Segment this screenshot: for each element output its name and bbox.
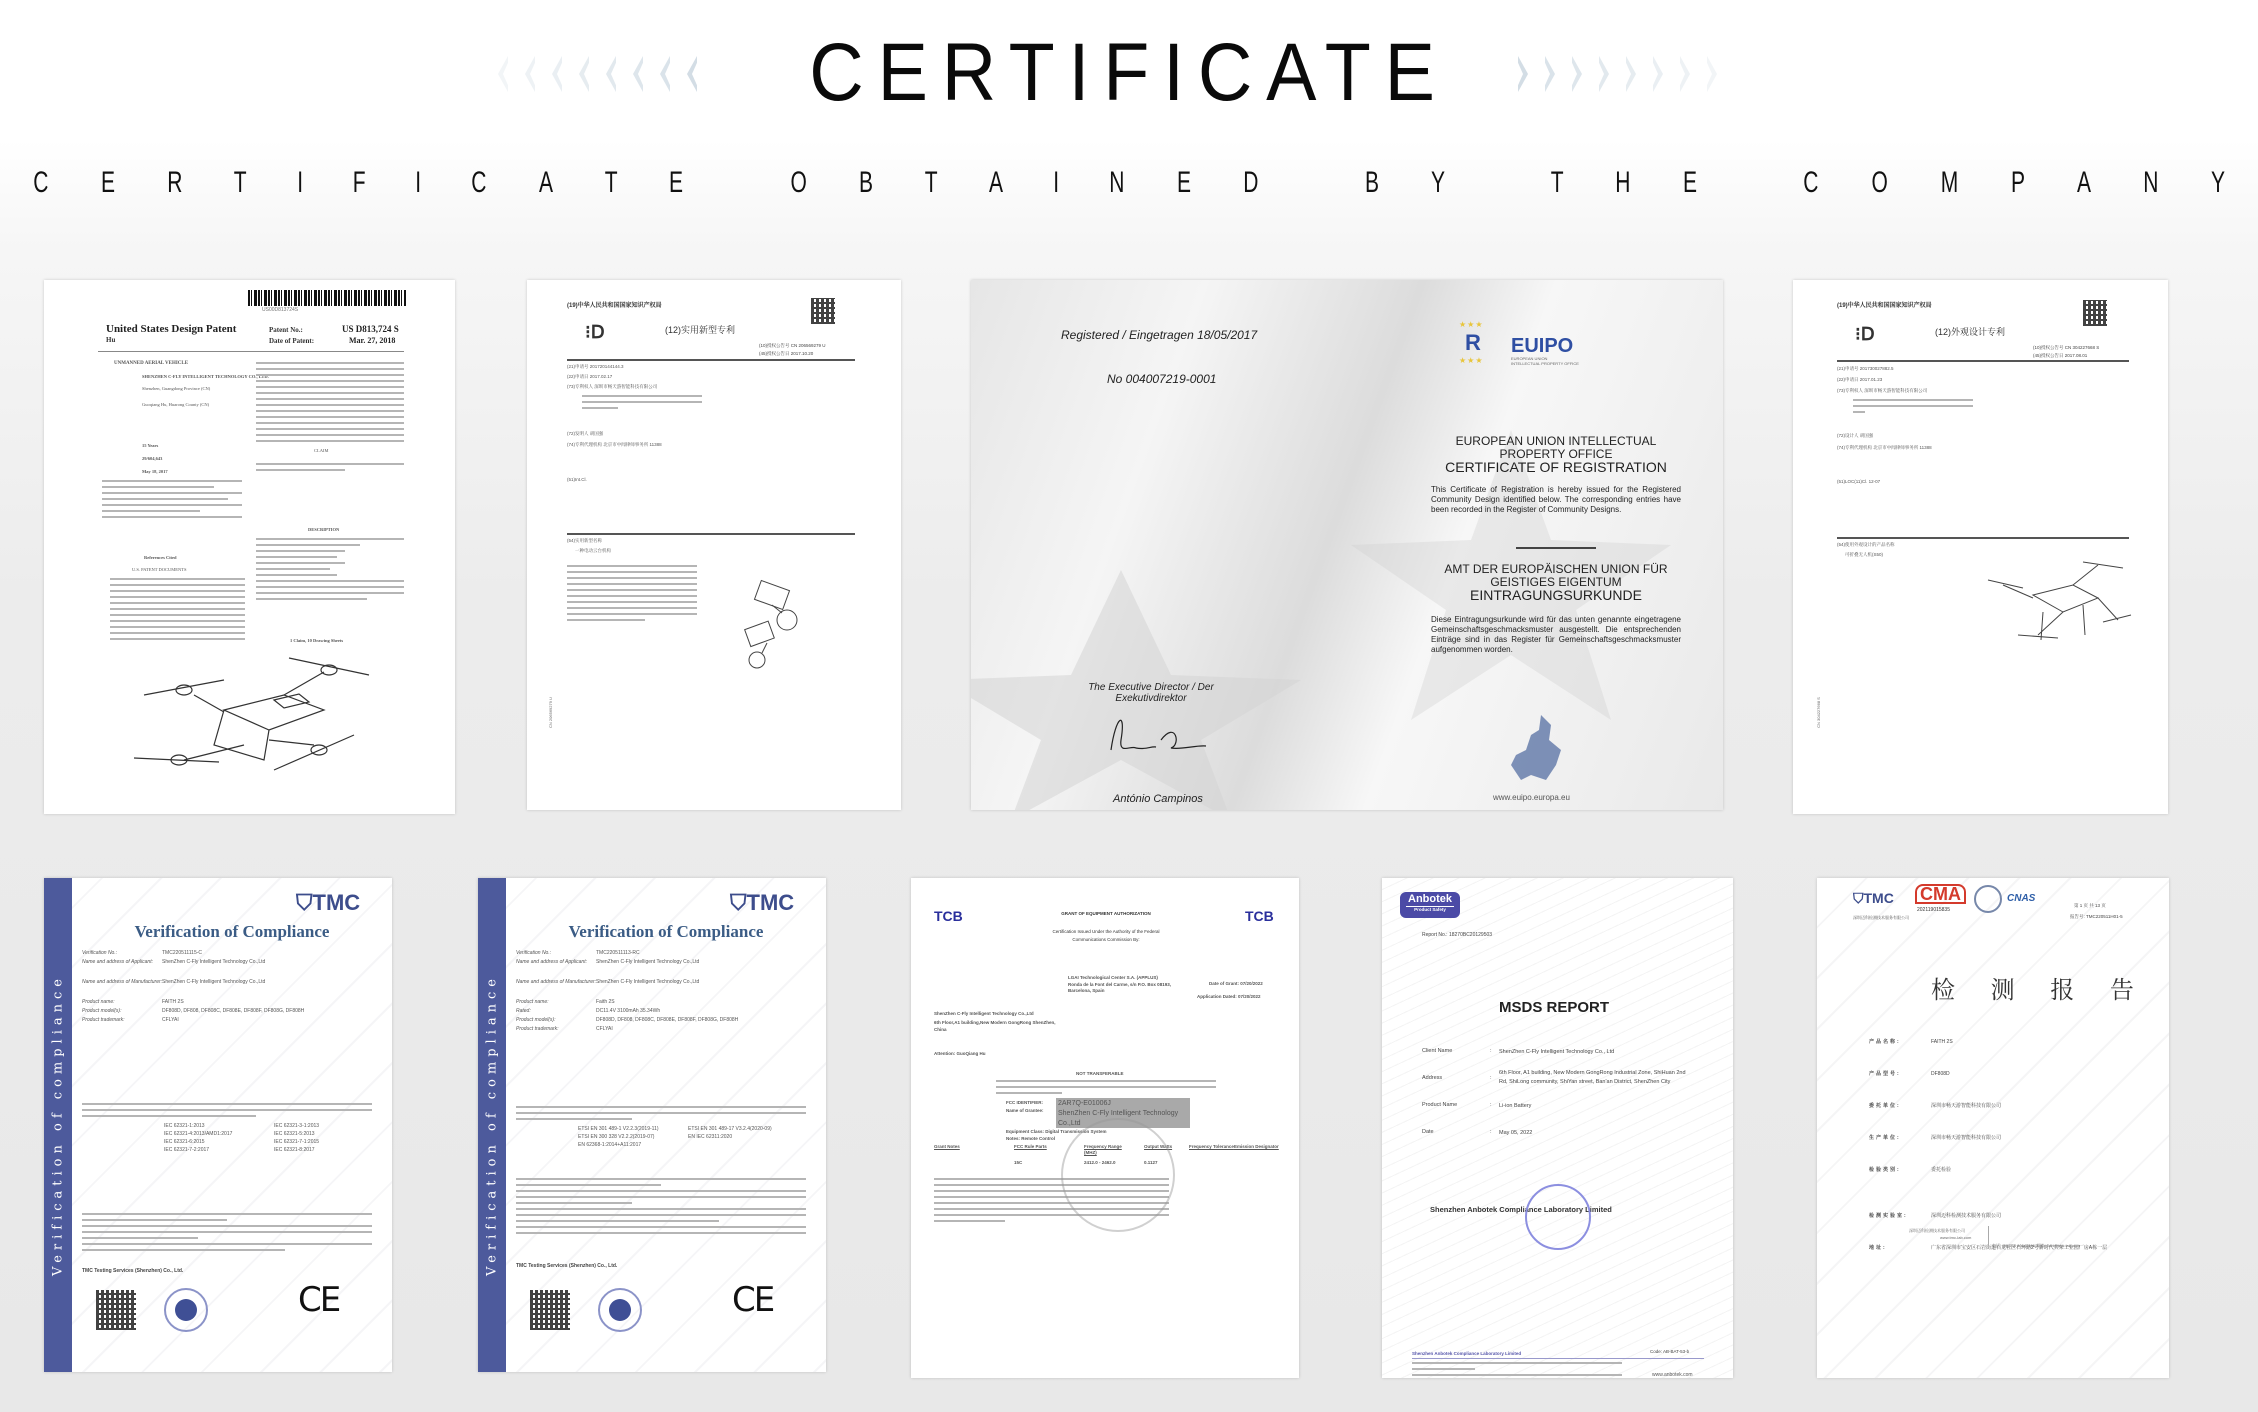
field-value: DF808D, DF808, DF808C, DF808E, DF808F, D… [162, 1008, 382, 1014]
field-label: Product model(s): [82, 1008, 121, 1014]
subtitle-letter: T [1551, 166, 1564, 200]
subtitle-letter: C [472, 166, 487, 200]
patent-no-label: Patent No.: [269, 326, 303, 334]
tcb-logo-left: TCB [934, 908, 963, 924]
design-name: 可折叠无人机(S50) [1845, 552, 1883, 558]
field-value: TMC220511113-RC [596, 950, 816, 956]
issuer: TMC Testing Services (Shenzhen) Co., Ltd… [516, 1263, 617, 1269]
field-value: DC11.4V 3100mAh 35.34Wh [596, 1008, 816, 1014]
patent-appl-no: 29/604,643 [142, 456, 162, 461]
certificate-tmc-verification-rohs[interactable]: Verification of compliance ⛉TMC Verifica… [44, 878, 392, 1372]
field-label: Rated: [516, 1008, 531, 1014]
subtitle-letter: E [1683, 166, 1697, 200]
subtitle-letter [1309, 166, 1315, 200]
us-docs-heading: U.S. PATENT DOCUMENTS [132, 567, 187, 572]
gimbal-drawing-icon [717, 565, 827, 685]
patent-inventor: Hu [106, 336, 115, 344]
subtitle-letter: T [234, 166, 247, 200]
field-label: 检验类别: [1869, 1166, 1901, 1173]
field-label: Name and address of Applicant: [82, 959, 153, 965]
euipo-r-logo-icon: R [1465, 330, 1481, 356]
report-title: MSDS REPORT [1499, 999, 1609, 1016]
standard-item: IEC 62321-3-1:2013 [274, 1123, 319, 1129]
patent-inventor-full: Guoqiang Hu, Huarong County (CN) [142, 402, 209, 407]
ce-mark: CE [732, 1280, 773, 1320]
pub-date: (45)授权公告日 2017.08.01 [2033, 353, 2087, 359]
field-value: FAITH 2S [162, 999, 382, 1005]
grantee-address: 6th Floor,A1 building,New Modern GongRon… [934, 1019, 1064, 1033]
inventor: (72)发明人 胡国强 [567, 431, 603, 437]
application-dated: Application Dated: 07/20/2022 [1197, 994, 1261, 999]
subtitle-letter: Y [2211, 166, 2225, 200]
subtitle-letter: M [1941, 166, 1959, 200]
field-value: 深圳市畅天游智能科技有限公司 [1931, 1134, 2131, 1143]
certificate-title: Verification of Compliance [506, 922, 826, 942]
subtitle-letter: T [605, 166, 618, 200]
subtitle-letter: C [33, 166, 48, 200]
grantee-label: Name of Grantee: [1006, 1108, 1044, 1113]
field-label: 生产单位: [1869, 1134, 1901, 1141]
company-cn: 深圳迈科检测技术服务有限公司 [1853, 915, 1909, 921]
issuer: TMC Testing Services (Shenzhen) Co., Ltd… [82, 1268, 183, 1274]
shield-icon: ⛉ [730, 890, 747, 915]
standard-item: EN IEC 62311:2020 [688, 1134, 732, 1140]
anbotek-logo: Anbotek Product Safety [1400, 892, 1460, 918]
qr-code-icon [530, 1290, 570, 1330]
field-value: ShenZhen C-Fly Intelligent Technology Co… [596, 959, 816, 965]
issuer-address: Ronda de la Font del Carme, s/n P.O. Box… [1068, 982, 1183, 994]
cma-logo: CMA [1915, 884, 1966, 904]
standard-item: IEC 62321-5:2013 [274, 1131, 315, 1137]
patent-type: (12)外观设计专利 [1935, 325, 2005, 338]
field-value: ShenZhen C-Fly Intelligent Technology Co… [1499, 1048, 1694, 1057]
utility-name: 一种电动云台机构 [575, 548, 611, 554]
standard-item: EN 62368-1:2014+A11:2017 [578, 1142, 641, 1148]
ce-mark: CE [298, 1280, 339, 1320]
certificate-us-design-patent[interactable]: US00D813724S United States Design Patent… [44, 280, 455, 814]
tmc-logo: ⛉TMC [730, 890, 794, 916]
app-no: (21)申请号 201720144144.3 [567, 364, 624, 370]
report-title: 检 测 报 告 [1931, 970, 2148, 1005]
standard-item: ETSI EN 301 489-1 V2.2.3(2019-11) [578, 1126, 659, 1132]
standard-item: ETSI EN 300 328 V2.2.2(2019-07) [578, 1134, 654, 1140]
footer-web: www.tmc-lab.com [1940, 1235, 1971, 1240]
subtitle-letter: C [1804, 166, 1819, 200]
field-label: Product name: [516, 999, 549, 1005]
stamp-icon [598, 1288, 642, 1332]
field-value: TMC220511115-C [162, 950, 382, 956]
standard-item: IEC 62321-4:2013/AMD1:2017 [164, 1131, 232, 1137]
field-value: ShenZhen C-Fly Intelligent Technology Co… [162, 959, 382, 965]
field-value: Li-ion Battery [1499, 1102, 1694, 1111]
designer: (72)设计人 胡国强 [1837, 433, 1873, 439]
date-of-grant: Date of Grant: 07/20/2022 [1209, 981, 1263, 986]
tmc-logo-text: TMC [1864, 890, 1894, 906]
issuer: LGAI Technological Center S.A. (APPLUS) [1068, 975, 1158, 980]
footer-contact: 电话: (86)755 86642861 邮箱: Cert@tmc-lab.co… [1992, 1243, 2080, 1249]
loc-cl: (51)LOC(11)Cl. 12-07 [1837, 479, 1880, 484]
patent-applicant: SHENZHEN C-FLY INTELLIGENT TECHNOLOGY CO… [142, 374, 269, 379]
registered-date: Registered / Eingetragen 18/05/2017 [1061, 328, 1257, 342]
patent-subject: UNMANNED AERIAL VEHICLE [114, 361, 188, 366]
field-value: DF808D, DF808, DF808C, DF808E, DF808F, D… [596, 1017, 816, 1023]
subtitle-letter: B [1365, 166, 1379, 200]
side-banner: Verification of compliance [44, 878, 72, 1372]
notes: Notes: Remote Control [1006, 1136, 1055, 1141]
cnas-logo: CNAS [2007, 893, 2035, 904]
patentee: (73)专利权人 深圳市畅天游智能科技有限公司 [1837, 388, 1927, 394]
field-value: Faith 2S [596, 999, 816, 1005]
certificate-euipo-registration[interactable]: Registered / Eingetragen 18/05/2017 No 0… [971, 280, 1723, 810]
table-header: Frequency Tolerance [1189, 1144, 1234, 1150]
side-banner-text: Verification of compliance [485, 974, 500, 1276]
cma-text: MA [1933, 884, 1961, 904]
fcc-id-label: FCC IDENTIFIER: [1006, 1100, 1043, 1105]
field-label: Product Name [1422, 1102, 1457, 1108]
shield-icon: ⛉ [296, 890, 313, 915]
page-subtitle: CERTIFICATE OBTAINED BY THE COMPANY [0, 166, 2258, 200]
report-no: 报告号: TMC220511H01-5 [2070, 914, 2123, 920]
standard-item: IEC 62321-6:2015 [164, 1139, 205, 1145]
field-label: Product trademark: [516, 1026, 559, 1032]
anbotek-logo-text: Anbotek [1400, 892, 1460, 906]
qr-code-icon [2083, 300, 2107, 326]
not-transferable: NOT TRANSFERABLE [1076, 1071, 1124, 1076]
tcb-logo-right: TCB [1245, 908, 1274, 924]
field-label: Name and address of Manufacturer: [82, 979, 162, 985]
name-label: (54)实用新型名称 [567, 538, 602, 544]
field-value: 深圳市畅天游智能科技有限公司 [1931, 1102, 2131, 1111]
patent-office: (19)中华人民共和国国家知识产权局 [567, 300, 662, 309]
field-label: Name and address of Manufacturer: [516, 979, 596, 985]
claim-heading: CLAIM [314, 448, 329, 453]
eu-map-icon [1501, 710, 1571, 790]
field-value: FAITH 2S [1931, 1038, 2131, 1047]
app-date: (22)申请日 2017.01.23 [1837, 377, 1882, 383]
patent-date-label: Date of Patent: [269, 337, 314, 345]
cma-number: 202119015835 [1917, 907, 1950, 913]
subtitle-letter: I [415, 166, 421, 200]
field-label: Verification No.: [516, 950, 551, 956]
attention: Attention: GuoQiang Hu [934, 1051, 986, 1056]
field-label: 委托单位: [1869, 1102, 1901, 1109]
certificate-tmc-test-report-cn[interactable]: ⛉TMC CMA 202119015835 深圳迈科检测技术服务有限公司 CNA… [1817, 878, 2169, 1378]
standard-item: IEC 62321-1:2013 [164, 1123, 205, 1129]
field-label: 产品名称: [1869, 1038, 1901, 1045]
field-value: DF808D [1931, 1070, 2131, 1079]
anbotek-logo-sub: Product Safety [1406, 906, 1454, 912]
certificate-fcc-grant[interactable]: TCB TCB GRANT OF EQUIPMENT AUTHORIZATION… [911, 878, 1299, 1378]
field-value: CFLYAI [162, 1017, 382, 1023]
field-label: Product model(s): [516, 1017, 555, 1023]
stamp-icon [164, 1288, 208, 1332]
subtitle-letter: A [989, 166, 1003, 200]
drone-drawing-icon [124, 650, 374, 790]
pub-no: (10)授权公告号 CN 206569279 U [759, 343, 826, 349]
euipo-logo-sub2: INTELLECTUAL PROPERTY OFFICE [1511, 361, 1579, 366]
patent-title: United States Design Patent [106, 323, 236, 335]
side-banner: Verification of compliance [478, 878, 506, 1372]
patent-number: US D813,724 S [342, 324, 399, 334]
int-cl: (51)Int.Cl. [567, 477, 587, 482]
app-no: (21)申请号 201730027882.5 [1837, 366, 1894, 372]
subtitle-letter: F [353, 166, 366, 200]
field-label: Date [1422, 1129, 1434, 1135]
director-title: The Executive Director / Der Exekutivdir… [1081, 682, 1221, 704]
patent-filed: May 18, 2017 [142, 469, 168, 474]
standard-item: IEC 62321-7-2:2017 [164, 1147, 209, 1153]
field-label: Product name: [82, 999, 115, 1005]
subtitle-letter: E [1177, 166, 1191, 200]
standard-item: IEC 62321-8:2017 [274, 1147, 315, 1153]
page-indicator: 第 1 页 共 13 页 [2074, 903, 2106, 909]
cnipa-logo-icon: ⁝Ⅾ [585, 322, 605, 343]
signatory: António Campinos [1113, 793, 1203, 805]
subtitle-letter: E [669, 166, 683, 200]
eu-stars-icon: ★★★ [1459, 320, 1484, 329]
patent-office: (19)中华人民共和国国家知识产权局 [1837, 300, 1932, 309]
shield-icon: ⛉ [1853, 890, 1864, 906]
grantee: ShenZhen C-Fly Intelligent Technology Co… [934, 1011, 1034, 1016]
certificate-title: Verification of Compliance [72, 922, 392, 942]
patentee: (73)专利权人 深圳市畅天游智能科技有限公司 [567, 384, 657, 390]
field-label: Address [1422, 1075, 1442, 1081]
field-label: Name and address of Applicant: [516, 959, 587, 965]
pub-date: (45)授权公告日 2017.10.20 [759, 351, 813, 357]
grant-subtitle: Certification Issued Under the Authority… [1041, 928, 1171, 944]
chevron-right-decoration-icon [1518, 56, 1730, 92]
subtitle-letter [733, 166, 739, 200]
subtitle-letter: E [101, 166, 115, 200]
subtitle-letter: I [1053, 166, 1059, 200]
approved-stamp-icon [1525, 1184, 1591, 1250]
barcode-icon [248, 290, 406, 306]
report-no: Report No.: 18270BC20129503 [1422, 932, 1492, 938]
subtitle-letter: R [167, 166, 182, 200]
subtitle-letter: N [1110, 166, 1125, 200]
certificate-cn-design-patent[interactable]: (19)中华人民共和国国家知识产权局 ⁝Ⅾ (12)外观设计专利 (10)授权公… [1793, 280, 2168, 814]
divider [1516, 547, 1596, 549]
field-value: ShenZhen C-Fly Intelligent Technology Co… [596, 979, 816, 985]
field-label: 产品型号: [1869, 1070, 1901, 1077]
patent-footer: 1 Claim, 10 Drawing Sheets [290, 638, 343, 643]
subtitle-letter: Y [1431, 166, 1445, 200]
subtitle-letter: H [1616, 166, 1631, 200]
subtitle-letter [1747, 166, 1753, 200]
anbotek-website: www.anbotek.com [1652, 1372, 1693, 1378]
footer-lab-name: Shenzhen Anbotek Compliance Laboratory L… [1412, 1351, 1521, 1356]
heading-en-3: CERTIFICATE OF REGISTRATION [1391, 461, 1721, 474]
tmc-logo: ⛉TMC [1853, 890, 1894, 907]
subtitle-letter: T [925, 166, 938, 200]
tmc-logo: ⛉TMC [296, 890, 360, 916]
barcode-text: US00D813724S [262, 307, 298, 313]
name-label: (54)使用外观设计的产品名称 [1837, 542, 1895, 548]
subtitle-letter: A [2077, 166, 2091, 200]
field-label: Verification No.: [82, 950, 117, 956]
standard-item: IEC 62321-7-1:2015 [274, 1139, 319, 1145]
certificate-tmc-verification-red[interactable]: Verification of compliance ⛉TMC Verifica… [478, 878, 826, 1372]
field-value: ShenZhen C-Fly Intelligent Technology Co… [162, 979, 382, 985]
standard-item: ETSI EN 301 489-17 V3.2.4(2020-09) [688, 1126, 772, 1132]
field-value: 深圳迈科检测技术服务有限公司 [1931, 1212, 2131, 1221]
qr-code-icon [96, 1290, 136, 1330]
eu-stars-bottom-icon: ★★★ [1459, 356, 1484, 365]
subtitle-letter: B [859, 166, 873, 200]
subtitle-letter: N [2143, 166, 2158, 200]
patent-location: Shenzhen, Guangdong Province (CN) [142, 386, 210, 391]
app-date: (22)申请日 2017.02.17 [567, 374, 612, 380]
certificate-cn-utility-patent[interactable]: (19)中华人民共和国国家知识产权局 ⁝Ⅾ (12)实用新型专利 (10)授权公… [527, 280, 901, 810]
field-label: 检测实验室: [1869, 1212, 1908, 1219]
patent-type: (12)实用新型专利 [665, 323, 735, 336]
qr-code-icon [811, 298, 835, 324]
page-title: CERTIFICATE [90, 28, 2167, 118]
subtitle-letter: D [1243, 166, 1258, 200]
table-header: FCC Rule Parts [1014, 1144, 1059, 1150]
table-header: Emission Designator [1234, 1144, 1279, 1150]
agency: (74)专利代理机构 北京市中闻律师事务所 11388 [567, 442, 662, 448]
references-heading: References Cited [144, 555, 177, 560]
pub-no: (10)授权公告号 CN 304227668 S [2033, 345, 2099, 351]
euipo-logo: EUIPO [1511, 335, 1573, 358]
grant-title: GRANT OF EQUIPMENT AUTHORIZATION [1041, 911, 1171, 916]
subtitle-letter: O [790, 166, 806, 200]
tmc-logo-text: TMC [747, 890, 795, 915]
subtitle-letter: I [297, 166, 303, 200]
subtitle-letter: A [539, 166, 553, 200]
table-header: Grant Notes [934, 1144, 979, 1150]
field-label: Client Name [1422, 1048, 1452, 1054]
field-value: CFLYAI [596, 1026, 816, 1032]
body-de: Diese Eintragungsurkunde wird für das un… [1431, 615, 1681, 655]
patent-date: Mar. 27, 2018 [349, 336, 395, 345]
subtitle-letter: P [2011, 166, 2025, 200]
code: Code: AB-BAT-53-b [1650, 1349, 1689, 1354]
field-value: 委托检验 [1931, 1166, 2131, 1175]
page-header: CERTIFICATE [0, 0, 2258, 150]
fcc-seal-icon [1061, 1118, 1175, 1232]
footer-company: 深圳迈科检测技术服务有限公司 [1909, 1228, 1965, 1234]
heading-de-3: EINTRAGUNGSURKUNDE [1391, 589, 1721, 602]
fcc-id: 2AR7Q-E01006J [1058, 1099, 1188, 1109]
agency: (74)专利代理机构 北京市中闻律师事务所 11388 [1837, 445, 1932, 451]
signature-icon [1101, 710, 1211, 760]
drone-drawing-icon [1983, 550, 2133, 660]
cnipa-logo-icon: ⁝Ⅾ [1855, 324, 1875, 345]
euipo-website: www.euipo.europa.eu [1493, 793, 1570, 802]
patent-term: 15 Years [142, 443, 158, 448]
table-cell: 15C [1014, 1160, 1022, 1165]
tmc-logo-text: TMC [313, 890, 361, 915]
description-heading: DESCRIPTION [308, 527, 339, 532]
side-banner-text: Verification of compliance [51, 974, 66, 1276]
body-en: This Certificate of Registration is here… [1431, 485, 1681, 515]
registration-number: No 004007219-0001 [1107, 372, 1216, 386]
subtitle-letter: O [1871, 166, 1887, 200]
field-label: Product trademark: [82, 1017, 125, 1023]
field-value: 6th Floor, A1 building, New Modern GongR… [1499, 1069, 1694, 1087]
field-value: May 05, 2022 [1499, 1129, 1694, 1138]
ilac-mra-icon [1974, 885, 2002, 913]
field-label: 地址: [1869, 1244, 1887, 1251]
subtitle-letter [1495, 166, 1501, 200]
certificate-anbotek-msds[interactable]: Anbotek Product Safety Report No.: 18270… [1382, 878, 1733, 1378]
